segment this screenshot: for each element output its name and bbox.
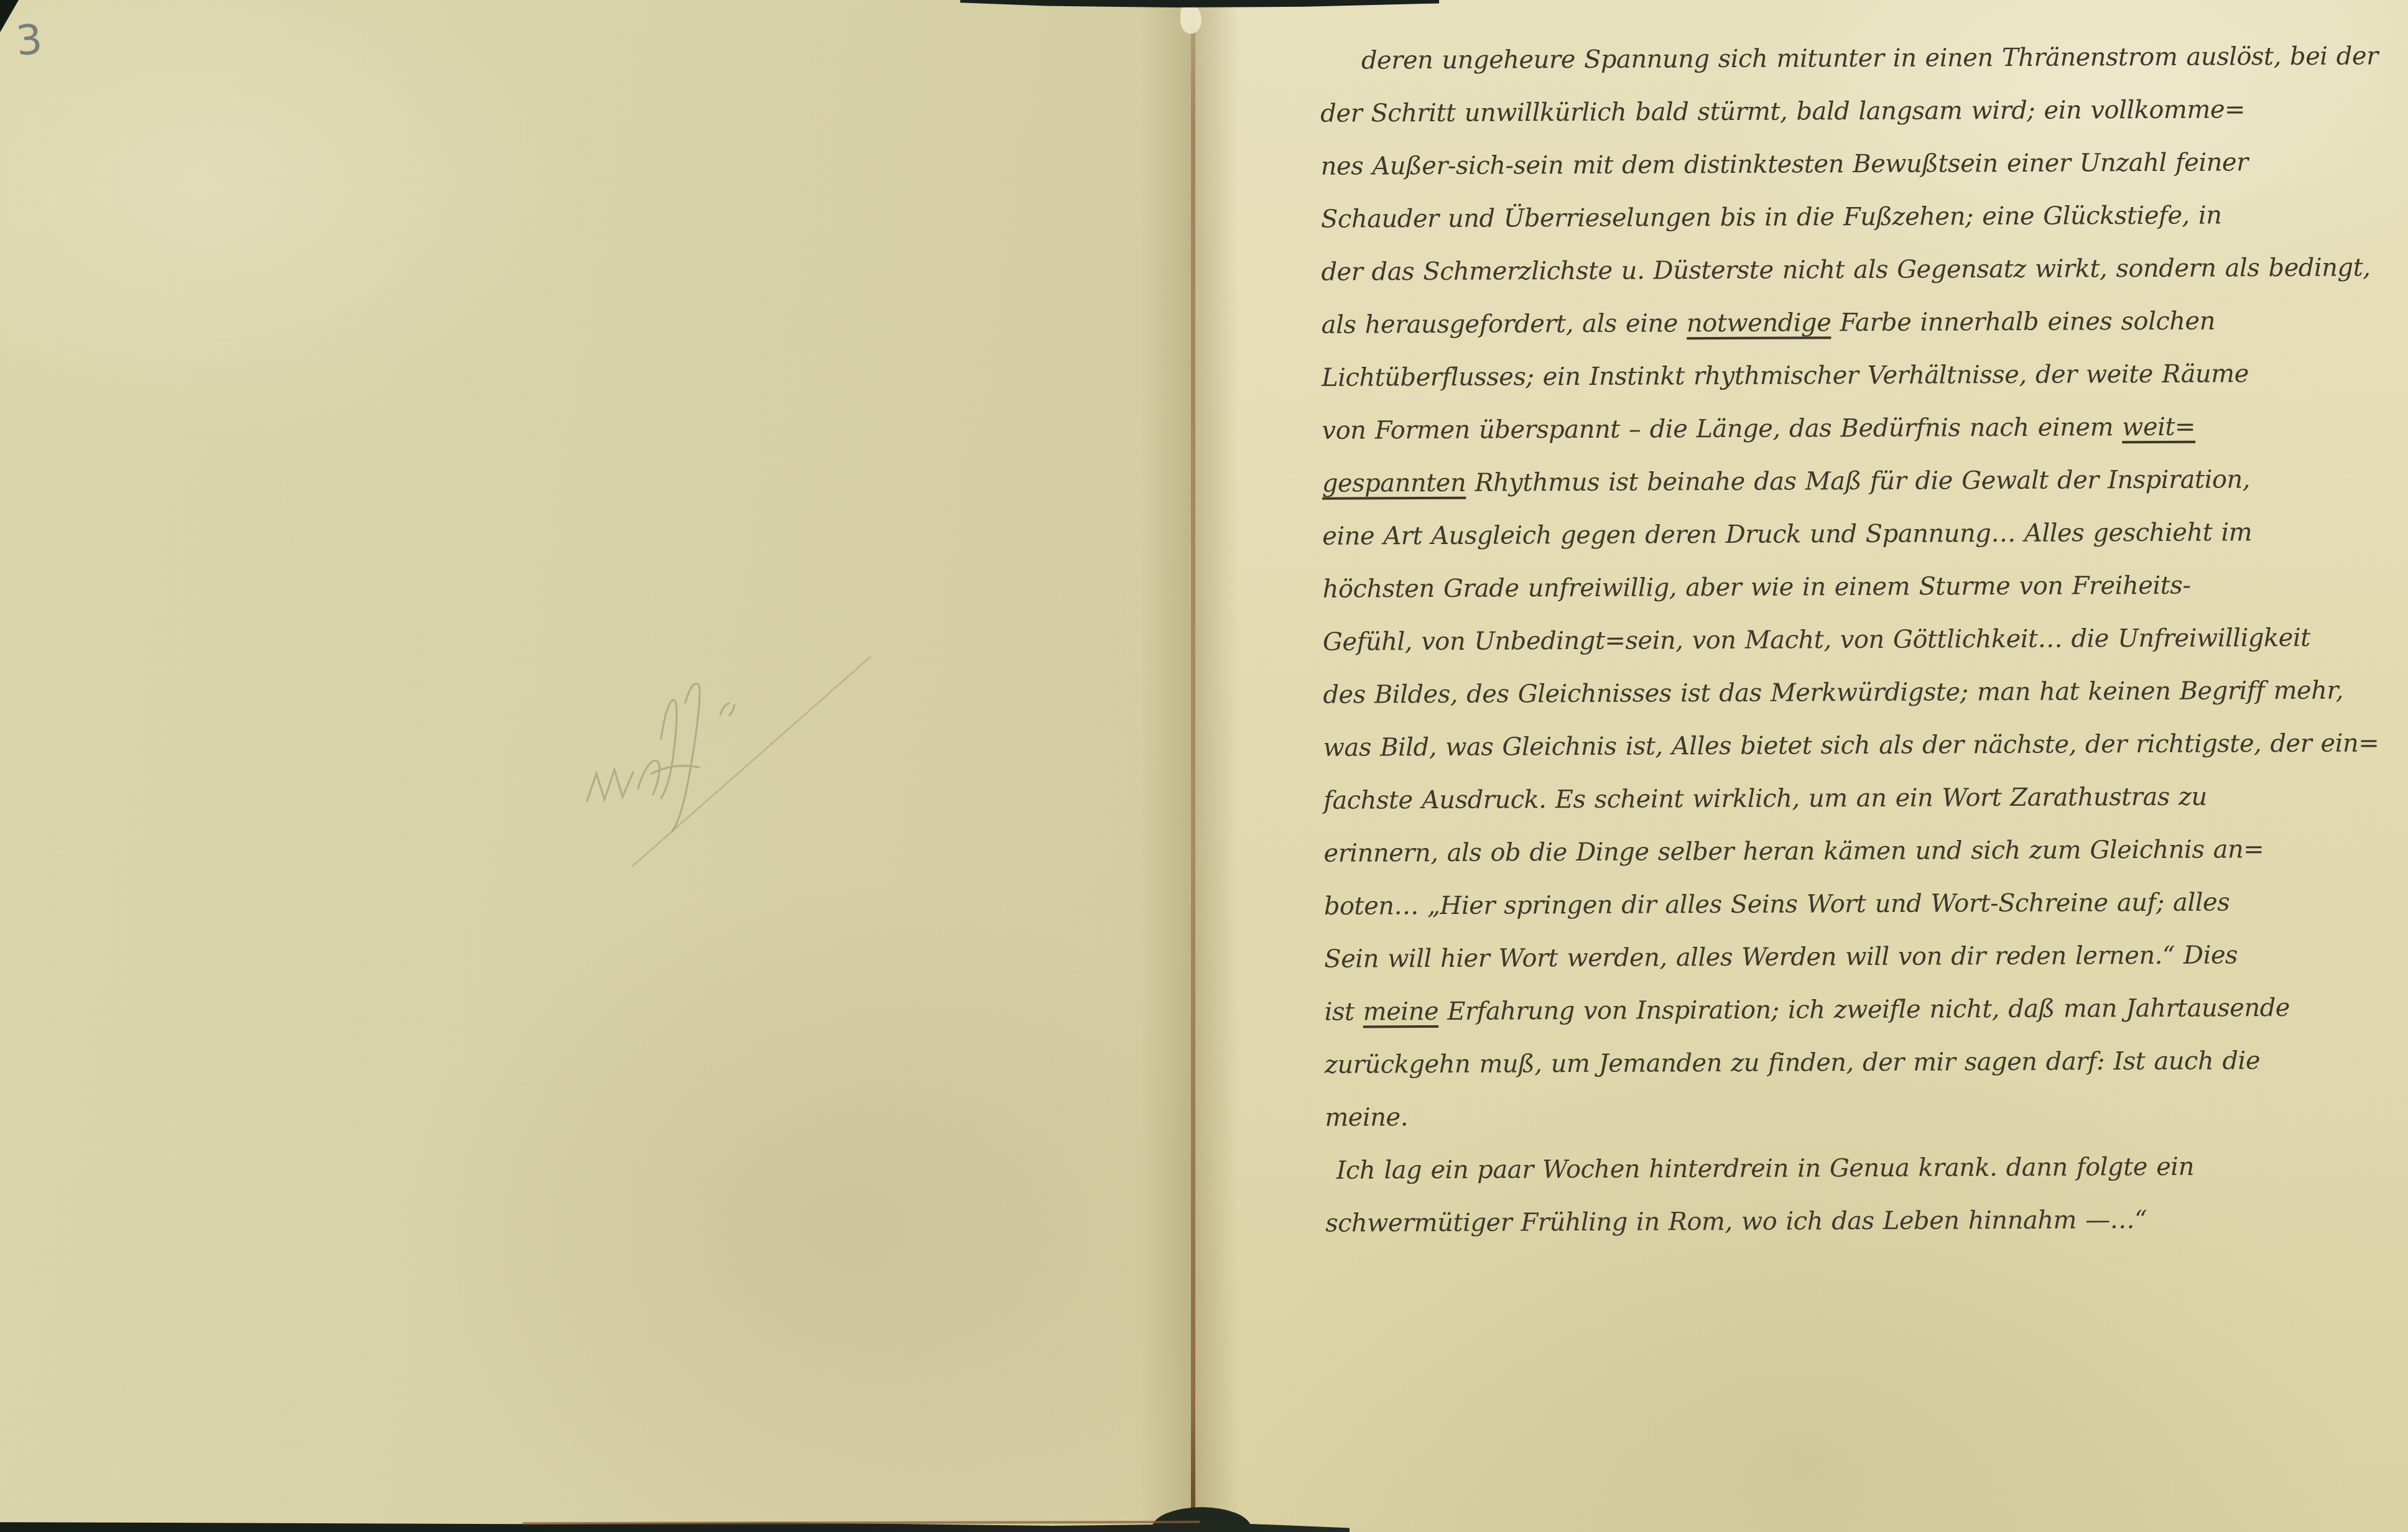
right-page: 4. deren ungeheure Spannung sich mitunte… [1195, 0, 2408, 1532]
manuscript-line: Sein will hier Wort werden, alles Werden… [1324, 928, 2403, 986]
manuscript-line: deren ungeheure Spannung sich mitunter i… [1320, 30, 2399, 88]
manuscript-line: fachste Ausdruck. Es scheint wirklich, u… [1323, 770, 2402, 828]
manuscript-line: ist meine Erfahrung von Inspiration; ich… [1324, 981, 2403, 1039]
manuscript-line: eine Art Ausgleich gegen deren Druck und… [1322, 505, 2401, 563]
left-page-number: 3 [14, 15, 45, 65]
manuscript-line: als herausgefordert, als eine notwendige… [1322, 294, 2401, 352]
manuscript-line: Lichtüberflusses; ein Instinkt rhythmisc… [1322, 347, 2401, 405]
handwritten-lines: deren ungeheure Spannung sich mitunter i… [1320, 30, 2405, 1250]
manuscript-line: Gefühl, von Unbedingt=sein, von Macht, v… [1323, 611, 2402, 669]
manuscript-line: von Formen überspannt – die Länge, das B… [1322, 400, 2401, 458]
manuscript-line: Schauder und Überrieselungen bis in die … [1321, 188, 2400, 246]
manuscript-line: des Bildes, des Gleichnisses ist das Mer… [1323, 664, 2402, 722]
manuscript-line: zurückgehn muß, um Jemanden zu finden, d… [1325, 1034, 2404, 1092]
manuscript-scan: 3 4. deren ungeheure Spannung sich mitun… [0, 0, 2408, 1532]
manuscript-line: der Schritt unwillkürlich bald stürmt, b… [1320, 83, 2399, 141]
gutter-crease [1191, 2, 1195, 1530]
manuscript-line: was Bild, was Gleichnis ist, Alles biete… [1323, 717, 2402, 775]
manuscript-line: boten… „Hier springen dir alles Seins Wo… [1324, 875, 2403, 933]
manuscript-line: der das Schmerzlichste u. Düsterste nich… [1321, 241, 2400, 299]
manuscript-line: höchsten Grade unfreiwillig, aber wie in… [1322, 558, 2401, 616]
left-page: 3 [0, 0, 1195, 1532]
manuscript-line: meine. [1325, 1087, 2404, 1145]
gutter-paper-tear [1180, 4, 1202, 34]
manuscript-line: erinnern, als ob die Dinge selber heran … [1323, 823, 2402, 880]
manuscript-line: gespannten Rhythmus ist beinahe das Maß … [1322, 453, 2401, 510]
faint-pencil-scribble [578, 640, 927, 902]
manuscript-line: Ich lag ein paar Wochen hinterdrein in G… [1325, 1140, 2404, 1197]
manuscript-line: schwermütiger Frühling in Rom, wo ich da… [1325, 1193, 2404, 1250]
manuscript-line: nes Außer-sich-sein mit dem distinkteste… [1320, 136, 2399, 193]
